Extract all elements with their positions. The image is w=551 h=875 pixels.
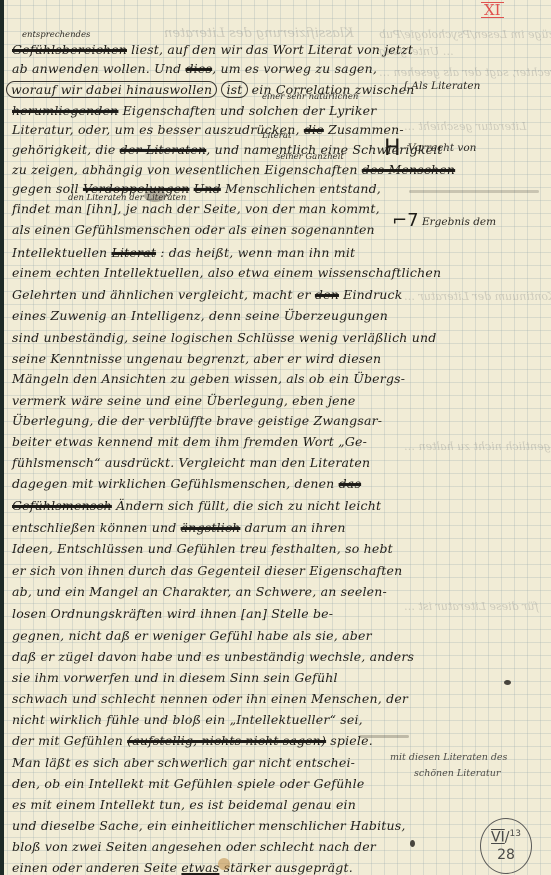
margin-note: mit diesen Literaten des [390, 752, 507, 763]
circled-phrase: worauf wir dabei hinauswollen [6, 81, 217, 98]
text-line: Intellektuellen Literat : das heißt, wen… [12, 245, 355, 260]
text-line: Überlegung, die der verblüffte brave gei… [12, 413, 382, 428]
archive-stamp-number: 28 [497, 847, 515, 863]
text-line: ab anwenden wollen. Und dies, um es vorw… [12, 61, 377, 76]
margin-note: schönen Literatur [414, 768, 500, 779]
text-line: er sich von ihnen durch das Gegenteil di… [12, 563, 402, 578]
text-line: entschließen können und ängstlich darum … [12, 520, 346, 535]
text-line: ab, und ein Mangel an Charakter, an Schw… [12, 584, 387, 599]
struck-word: Gefühlsbereichen [12, 42, 127, 57]
text-line: gegnen, nicht daß er weniger Gefühl habe… [12, 628, 372, 643]
connector-mark-icon: ⌐7 [392, 212, 419, 230]
ink-blot [144, 190, 166, 202]
text-line: es mit einem Intellekt tun, es ist beide… [12, 797, 356, 812]
interlinear-insertion: einer sehr natürlichen [262, 92, 358, 102]
margin-note: Ergebnis dem [422, 216, 496, 228]
ink-smear [409, 190, 539, 193]
text-line: zu zeigen, abhängig von wesentlichen Eig… [12, 162, 455, 177]
text-line: beiter etwas kennend mit dem ihm fremden… [12, 434, 367, 449]
ink-smear [359, 735, 409, 738]
text-line: fühlsmensch“ ausdrückt. Vergleicht man d… [12, 455, 370, 470]
bleed-through-text: Eigentlich nicht zu halten … [404, 440, 551, 453]
text-line: als einen Gefühlsmenschen oder als einen… [12, 222, 375, 237]
text-line: herumliegenden Eigenschaften und solchen… [12, 103, 376, 118]
text-line: sind unbeständig, seine logischen Schlüs… [12, 330, 436, 345]
page-number: XI [481, 2, 504, 18]
struck-word: herumliegenden [12, 103, 118, 118]
text-line: Ideen, Entschlüssen und Gefühlen treu fe… [12, 541, 393, 556]
archive-stamp-volume: VI [491, 830, 505, 846]
text-line: eines Zuwenig an Intelligenz, denn seine… [12, 308, 388, 323]
archive-stamp: VI/13 28 [480, 818, 532, 874]
struck-phrase: (aufstellig, nichts nicht sagen) [127, 733, 326, 748]
text-line: Gelehrten und ähnlichen vergleicht, mach… [12, 287, 403, 302]
text-line: der mit Gefühlen (aufstellig, nichts nic… [12, 733, 373, 748]
text-line: sie ihm vorwerfen und in diesem Sinn sei… [12, 670, 338, 685]
circled-phrase: ist [221, 81, 247, 98]
manuscript-page: Bezüge im Lesen/Psychologie/Pub … Unterg… [4, 0, 551, 875]
margin-note: Vorrecht von [408, 142, 476, 154]
text-line: vermerk wäre seine und eine Überlegung, … [12, 393, 356, 408]
text-line: Gefühlsbereichen liest, auf den wir das … [12, 42, 413, 57]
bleed-through-text: Kontinuum der Literatur … [404, 290, 551, 303]
interlinear-insertion: entsprechendes [22, 30, 90, 40]
text-line: schwach und schlecht nennen oder ihn ein… [12, 691, 408, 706]
text-line: bloß von zwei Seiten angesehen oder schl… [12, 839, 376, 854]
interlinear-insertion: Literat [262, 131, 291, 141]
text-line: einen oder anderen Seite etwas stärker a… [12, 860, 353, 875]
ink-blot [410, 840, 415, 847]
text-line: und dieselbe Sache, ein einheitlicher me… [12, 818, 406, 833]
text-line: findet man [ihn], je nach der Seite, von… [12, 201, 380, 216]
h-mark-icon: H [384, 138, 401, 160]
text-line: Mängeln den Ansichten zu geben wissen, a… [12, 371, 405, 386]
bleed-through-text: Literatur geschieht … [404, 120, 526, 133]
archive-stamp-fraction: 13 [509, 829, 520, 839]
text-line: dagegen mit wirklichen Gefühlsmenschen, … [12, 476, 361, 491]
bleed-through-text: für diese Literatur ist … [404, 600, 539, 613]
margin-note: [ Als Literaten [404, 80, 480, 92]
underlined-word: etwas [181, 860, 219, 875]
text-line: losen Ordnungskräften wird ihnen [an] St… [12, 606, 333, 621]
text-line: Gefühlsmensch Ändern sich füllt, die sic… [12, 498, 381, 513]
text-line: daß er zügel davon habe und es unbeständ… [12, 649, 414, 664]
text-line: den, ob ein Intellekt mit Gefühlen spiel… [12, 776, 364, 791]
bleed-through-text: Gerechter, sagt der als gesehen … [379, 66, 551, 79]
text-line: Literatur, oder, um es besser auszudrück… [12, 122, 404, 137]
text-line: einem echten Intellektuellen, also etwa … [12, 265, 441, 280]
paper-stain [218, 858, 230, 870]
bleed-through-text: Klassifizierung des Literaten [164, 26, 354, 41]
text-line: Man läßt es sich aber schwerlich gar nic… [12, 755, 355, 770]
bleed-through-text: Bezüge im Lesen/Psychologie/Pub [379, 28, 551, 41]
interlinear-insertion: seiner Ganzheit [276, 152, 344, 162]
text-line: nicht wirklich fühle und bloß ein „Intel… [12, 712, 363, 727]
text-line: gehörigkeit, die der Literaten, und name… [12, 142, 443, 157]
text-line: seine Kenntnisse ungenau begrenzt, aber … [12, 351, 381, 366]
ink-blot [504, 680, 511, 685]
